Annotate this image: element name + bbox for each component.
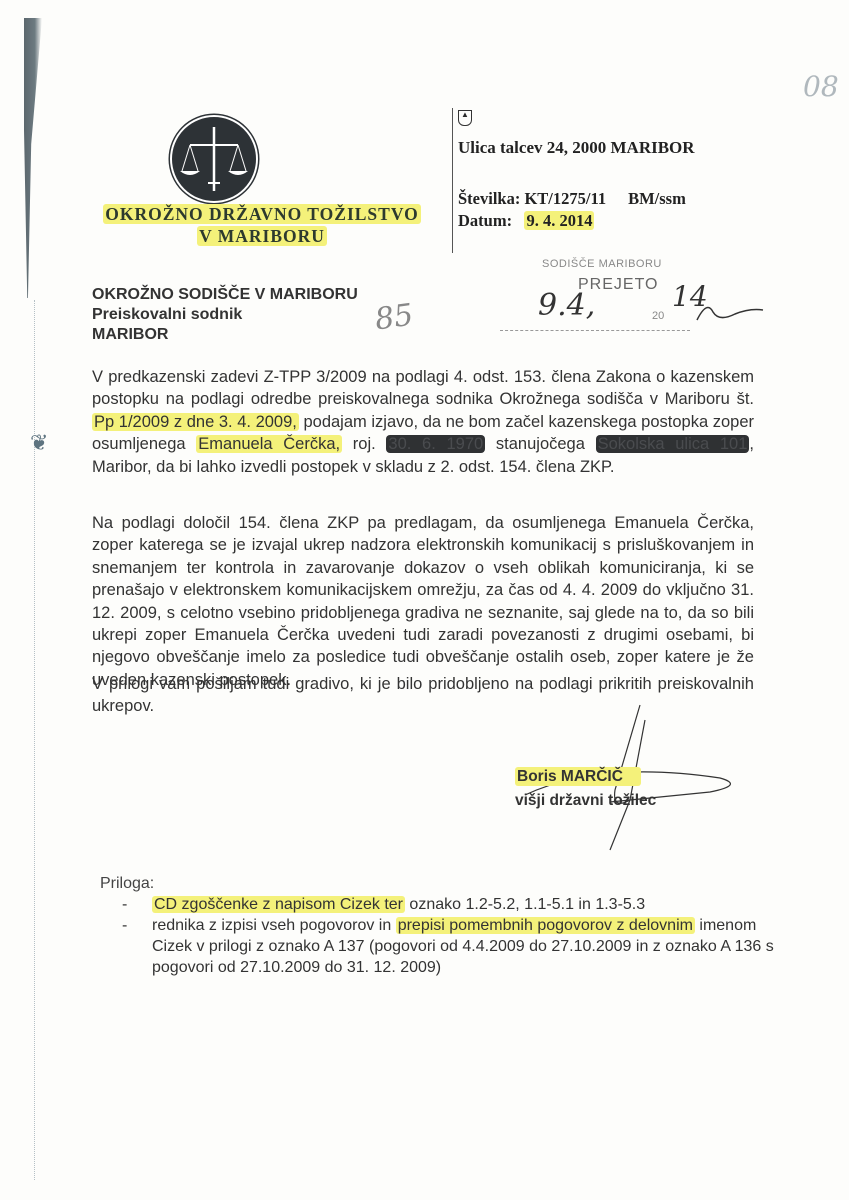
agency-line2: V MARIBORU (197, 226, 327, 246)
scales-of-justice-logo-icon (170, 115, 258, 203)
recipient-city: MARIBOR (92, 325, 358, 345)
stamp-handwritten-date: 9.4, (538, 288, 595, 323)
paragraph-proposal: Na podlagi določil 154. člena ZKP pa pre… (92, 512, 754, 691)
signature-block: Boris MARČIČ višji državni tožilec (515, 765, 656, 813)
date-value: 9. 4. 2014 (524, 211, 594, 230)
agency-address: Ulica talcev 24, 2000 MARIBOR (458, 138, 695, 158)
recipient-role: Preiskovalni sodnik (92, 305, 358, 325)
agency-line1: OKROŽNO DRŽAVNO TOŽILSTVO (103, 204, 420, 224)
stamp-signature-icon (695, 296, 765, 326)
received-stamp: SODIŠČE MARIBORU PREJETO 9.4, 20 14 (500, 258, 760, 348)
punch-hole-mark: ❦ (30, 430, 48, 456)
highlight-transcripts: prepisi pomembnih pogovorov z delovnim (396, 917, 695, 934)
header-divider (452, 108, 453, 253)
list-item: - rednika z izpisi vseh pogovorov in pre… (100, 915, 780, 978)
attachments-label: Priloga: (100, 875, 154, 893)
redacted-address: Sokolska ulica 101 (596, 435, 750, 453)
paragraph-statement: V predkazenski zadevi Z-TPP 3/2009 na po… (92, 366, 754, 478)
stamp-year-prefix: 20 (652, 310, 664, 322)
number-label: Številka: (458, 189, 520, 208)
highlight-cd: CD zgoščenke z napisom Cizek ter (152, 896, 405, 913)
stamp-line (500, 330, 690, 331)
margin-handwritten-note: 85 (373, 298, 416, 338)
reference-block: Številka: KT/1275/11BM/ssm Datum: 9. 4. … (458, 188, 686, 232)
recipient-block: OKROŽNO SODIŠČE V MARIBORU Preiskovalni … (92, 285, 358, 345)
signatory-title: višji državni tožilec (515, 789, 656, 813)
initials: BM/ssm (628, 189, 686, 208)
recipient-court: OKROŽNO SODIŠČE V MARIBORU (92, 285, 358, 305)
corner-handwritten-mark: 08 (803, 70, 839, 103)
agency-name: OKROŽNO DRŽAVNO TOŽILSTVO V MARIBORU (97, 203, 427, 247)
attachments-list: - CD zgoščenke z napisom Cizek ter oznak… (100, 894, 780, 978)
stamp-court: SODIŠČE MARIBORU (542, 258, 662, 270)
coat-of-arms-icon: ▲ (458, 110, 472, 126)
highlight-suspect-name: Emanuela Čerčka, (196, 435, 342, 453)
highlight-court-order: Pp 1/2009 z dne 3. 4. 2009, (92, 413, 299, 431)
date-label: Datum: (458, 211, 512, 230)
number-value: KT/1275/11 (524, 189, 606, 208)
list-item: - CD zgoščenke z napisom Cizek ter oznak… (100, 894, 780, 915)
signatory-name: Boris MARČIČ (515, 767, 641, 786)
redacted-birthdate: 30. 6. 1970 (386, 435, 485, 453)
scan-edge-shadow (24, 18, 42, 298)
